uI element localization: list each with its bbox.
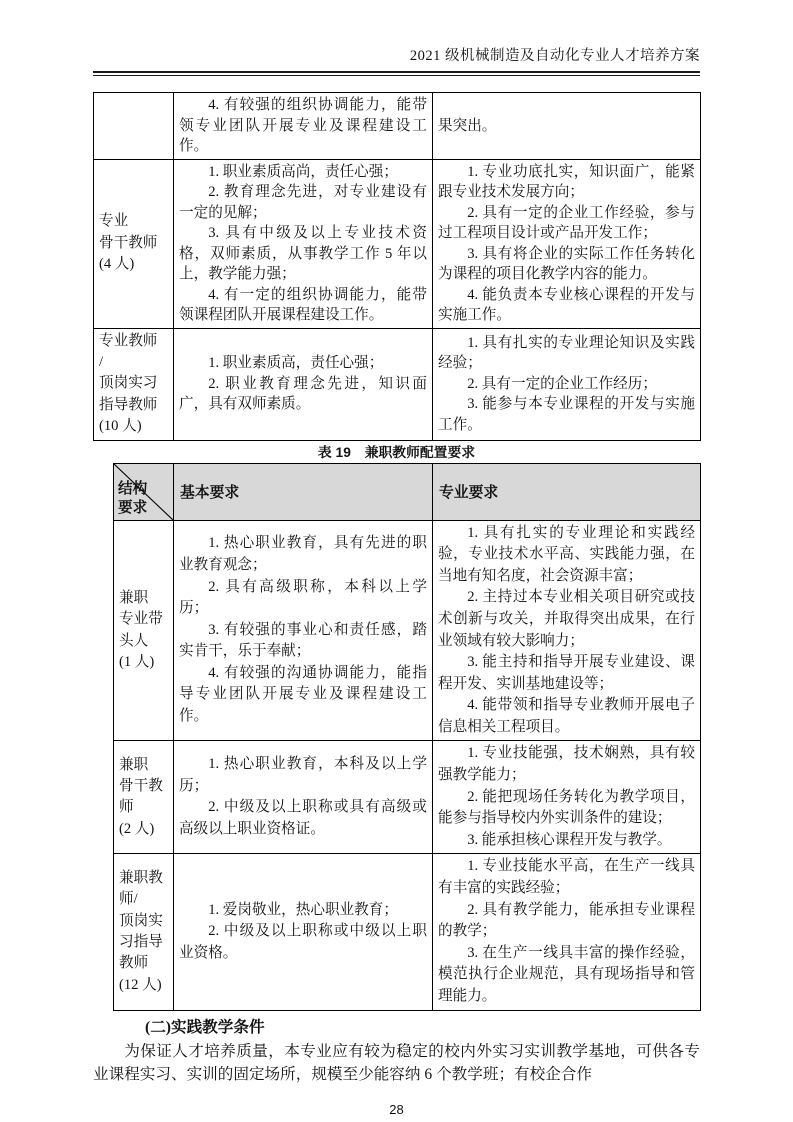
- requirement-item: 1. 职业素质高，责任心强；: [179, 353, 427, 374]
- requirement-item: 2. 能把现场任务转化为教学项目，能参与指导校内外实训条件的建设；: [438, 787, 695, 830]
- requirement-item: 1. 专业技能水平高，在生产一线具有丰富的实践经验；: [438, 856, 695, 899]
- role-cell: 兼职教 师/ 顶岗实 习指导 教师 (12 人): [114, 854, 174, 1010]
- table-row: 4. 有较强的组织协调能力，能带领专业团队开展专业及课程建设工作。 果突出。: [94, 93, 701, 160]
- requirement-item: 2. 具有一定的企业工作经历；: [438, 374, 695, 395]
- requirement-item: 1. 热心职业教育，具有先进的职业教育观念；: [179, 533, 427, 576]
- requirement-item: 果突出。: [438, 116, 695, 137]
- role-cell: 专业教师 / 顶岗实习 指导教师 (10 人): [94, 328, 174, 440]
- professional-requirements-cell: 1. 具有扎实的专业理论和实践经验，专业技术水平高、实践能力强，在当地有知名度，…: [433, 520, 701, 741]
- requirement-item: 3. 具有将企业的实际工作任务转化为课程的项目化教学内容的能力。: [438, 244, 695, 285]
- basic-requirements-cell: 1. 爱岗敬业，热心职业教育；2. 中级及以上职称或中级以上职业资格。: [174, 854, 433, 1010]
- basic-requirements-cell: 1. 职业素质高，责任心强；2. 职业教育理念先进，知识面广，具有双师素质。: [174, 328, 433, 440]
- table-caption: 表 19 兼职教师配置要求: [93, 443, 700, 463]
- requirement-item: 1. 专业功底扎实，知识面广，能紧跟专业技术发展方向；: [438, 162, 695, 203]
- corner-header-cell: 结构 要求: [114, 463, 174, 520]
- professional-requirements-cell: 果突出。: [433, 93, 701, 160]
- column-header-professional: 专业要求: [433, 463, 701, 520]
- column-header-basic: 基本要求: [174, 463, 433, 520]
- requirement-item: 3. 在生产一线具丰富的操作经验，模范执行企业规范，具有现场指导和管理能力。: [438, 943, 695, 1008]
- section-heading: (二)实践教学条件: [145, 1017, 700, 1039]
- requirement-item: 2. 主持过本专业相关项目研究或技术创新与攻关，并取得突出成果，在行业领域有较大…: [438, 587, 695, 652]
- basic-requirements-cell: 4. 有较强的组织协调能力，能带领专业团队开展专业及课程建设工作。: [174, 93, 433, 160]
- table-header-row: 结构 要求 基本要求 专业要求: [114, 463, 701, 520]
- body-paragraph: 为保证人才培养质量，本专业应有较为稳定的校内外实习实训教学基地，可供各专业课程实…: [93, 1040, 700, 1087]
- basic-requirements-cell: 1. 热心职业教育，本科及以上学历；2. 中级及以上职称或具有高级或高级以上职业…: [174, 741, 433, 854]
- requirement-item: 2. 具有一定的企业工作经验，参与过工程项目设计或产品开发工作；: [438, 203, 695, 244]
- professional-requirements-cell: 1. 专业技能强，技术娴熟，具有较强教学能力；2. 能把现场任务转化为教学项目，…: [433, 741, 701, 854]
- professional-requirements-cell: 1. 具有扎实的专业理论知识及实践经验；2. 具有一定的企业工作经历；3. 能参…: [433, 328, 701, 440]
- requirement-item: 2. 具有高级职称，本科以上学历；: [179, 577, 427, 620]
- role-cell: 兼职 骨干教 师 (2 人): [114, 741, 174, 854]
- requirement-item: 1. 热心职业教育，本科及以上学历；: [179, 754, 427, 797]
- role-cell: 专业 骨干教师 (4 人): [94, 159, 174, 328]
- table-row: 专业 骨干教师 (4 人) 1. 职业素质高尚，责任心强；2. 教育理念先进，对…: [94, 159, 701, 328]
- requirement-item: 2. 中级及以上职称或具有高级或高级以上职业资格证。: [179, 797, 427, 840]
- requirement-item: 2. 具有教学能力，能承担专业课程的教学；: [438, 900, 695, 943]
- role-cell: 兼职 专业带 头人 (1 人): [114, 520, 174, 741]
- fulltime-teacher-requirements-table: 4. 有较强的组织协调能力，能带领专业团队开展专业及课程建设工作。 果突出。 专…: [93, 92, 701, 441]
- table-row: 兼职 专业带 头人 (1 人) 1. 热心职业教育，具有先进的职业教育观念；2.…: [114, 520, 701, 741]
- basic-requirements-cell: 1. 热心职业教育，具有先进的职业教育观念；2. 具有高级职称，本科以上学历；3…: [174, 520, 433, 741]
- requirement-item: 3. 能承担核心课程开发与教学。: [438, 830, 695, 852]
- table-row: 兼职教 师/ 顶岗实 习指导 教师 (12 人) 1. 爱岗敬业，热心职业教育；…: [114, 854, 701, 1010]
- requirement-item: 3. 有较强的事业心和责任感，踏实肯干，乐于奉献；: [179, 620, 427, 663]
- requirement-item: 3. 能主持和指导开展专业建设、课程开发、实训基地建设等；: [438, 652, 695, 695]
- requirement-item: 4. 有一定的组织协调能力，能带领课程团队开展课程建设工作。: [179, 285, 427, 326]
- requirement-item: 1. 爱岗敬业，热心职业教育；: [179, 900, 427, 922]
- requirement-item: 1. 具有扎实的专业理论和实践经验，专业技术水平高、实践能力强，在当地有知名度，…: [438, 523, 695, 588]
- page-header-title: 2021 级机械制造及自动化专业人才培养方案: [93, 46, 700, 66]
- requirement-item: 4. 能负责本专业核心课程的开发与实施工作。: [438, 285, 695, 326]
- requirement-item: 2. 中级及以上职称或中级以上职业资格。: [179, 921, 427, 964]
- professional-requirements-cell: 1. 专业技能水平高，在生产一线具有丰富的实践经验；2. 具有教学能力，能承担专…: [433, 854, 701, 1010]
- corner-header-label: 结构 要求: [118, 480, 147, 519]
- role-cell: [94, 93, 174, 160]
- parttime-teacher-requirements-table: 结构 要求 基本要求 专业要求 兼职 专业带 头人 (1 人) 1. 热心职业教…: [113, 463, 701, 1011]
- requirement-item: 4. 有较强的组织协调能力，能带领专业团队开展专业及课程建设工作。: [179, 95, 427, 157]
- header-divider-rule: [93, 71, 700, 76]
- requirement-item: 4. 能带领和指导专业教师开展电子信息相关工程项目。: [438, 695, 695, 738]
- page-number: 28: [93, 1102, 700, 1117]
- requirement-item: 3. 能参与本专业课程的开发与实施工作。: [438, 394, 695, 435]
- basic-requirements-cell: 1. 职业素质高尚，责任心强；2. 教育理念先进，对专业建设有一定的见解；3. …: [174, 159, 433, 328]
- requirement-item: 4. 有较强的沟通协调能力，能指导专业团队开展专业及课程建设工作。: [179, 663, 427, 728]
- requirement-item: 2. 教育理念先进，对专业建设有一定的见解；: [179, 182, 427, 223]
- requirement-item: 2. 职业教育理念先进，知识面广，具有双师素质。: [179, 374, 427, 415]
- requirement-item: 1. 专业技能强，技术娴熟，具有较强教学能力；: [438, 743, 695, 786]
- requirement-item: 1. 具有扎实的专业理论知识及实践经验；: [438, 333, 695, 374]
- requirement-item: 3. 具有中级及以上专业技术资格，双师素质，从事教学工作 5 年以上，教学能力强…: [179, 223, 427, 285]
- table-row: 兼职 骨干教 师 (2 人) 1. 热心职业教育，本科及以上学历；2. 中级及以…: [114, 741, 701, 854]
- professional-requirements-cell: 1. 专业功底扎实，知识面广，能紧跟专业技术发展方向；2. 具有一定的企业工作经…: [433, 159, 701, 328]
- document-page: { "colors": { "header_bg": "#d8d8d8", "b…: [0, 0, 793, 1122]
- page-content: 2021 级机械制造及自动化专业人才培养方案 4. 有较强的组织协调能力，能带领…: [93, 0, 700, 1117]
- table-row: 专业教师 / 顶岗实习 指导教师 (10 人) 1. 职业素质高，责任心强；2.…: [94, 328, 701, 440]
- requirement-item: 1. 职业素质高尚，责任心强；: [179, 162, 427, 183]
